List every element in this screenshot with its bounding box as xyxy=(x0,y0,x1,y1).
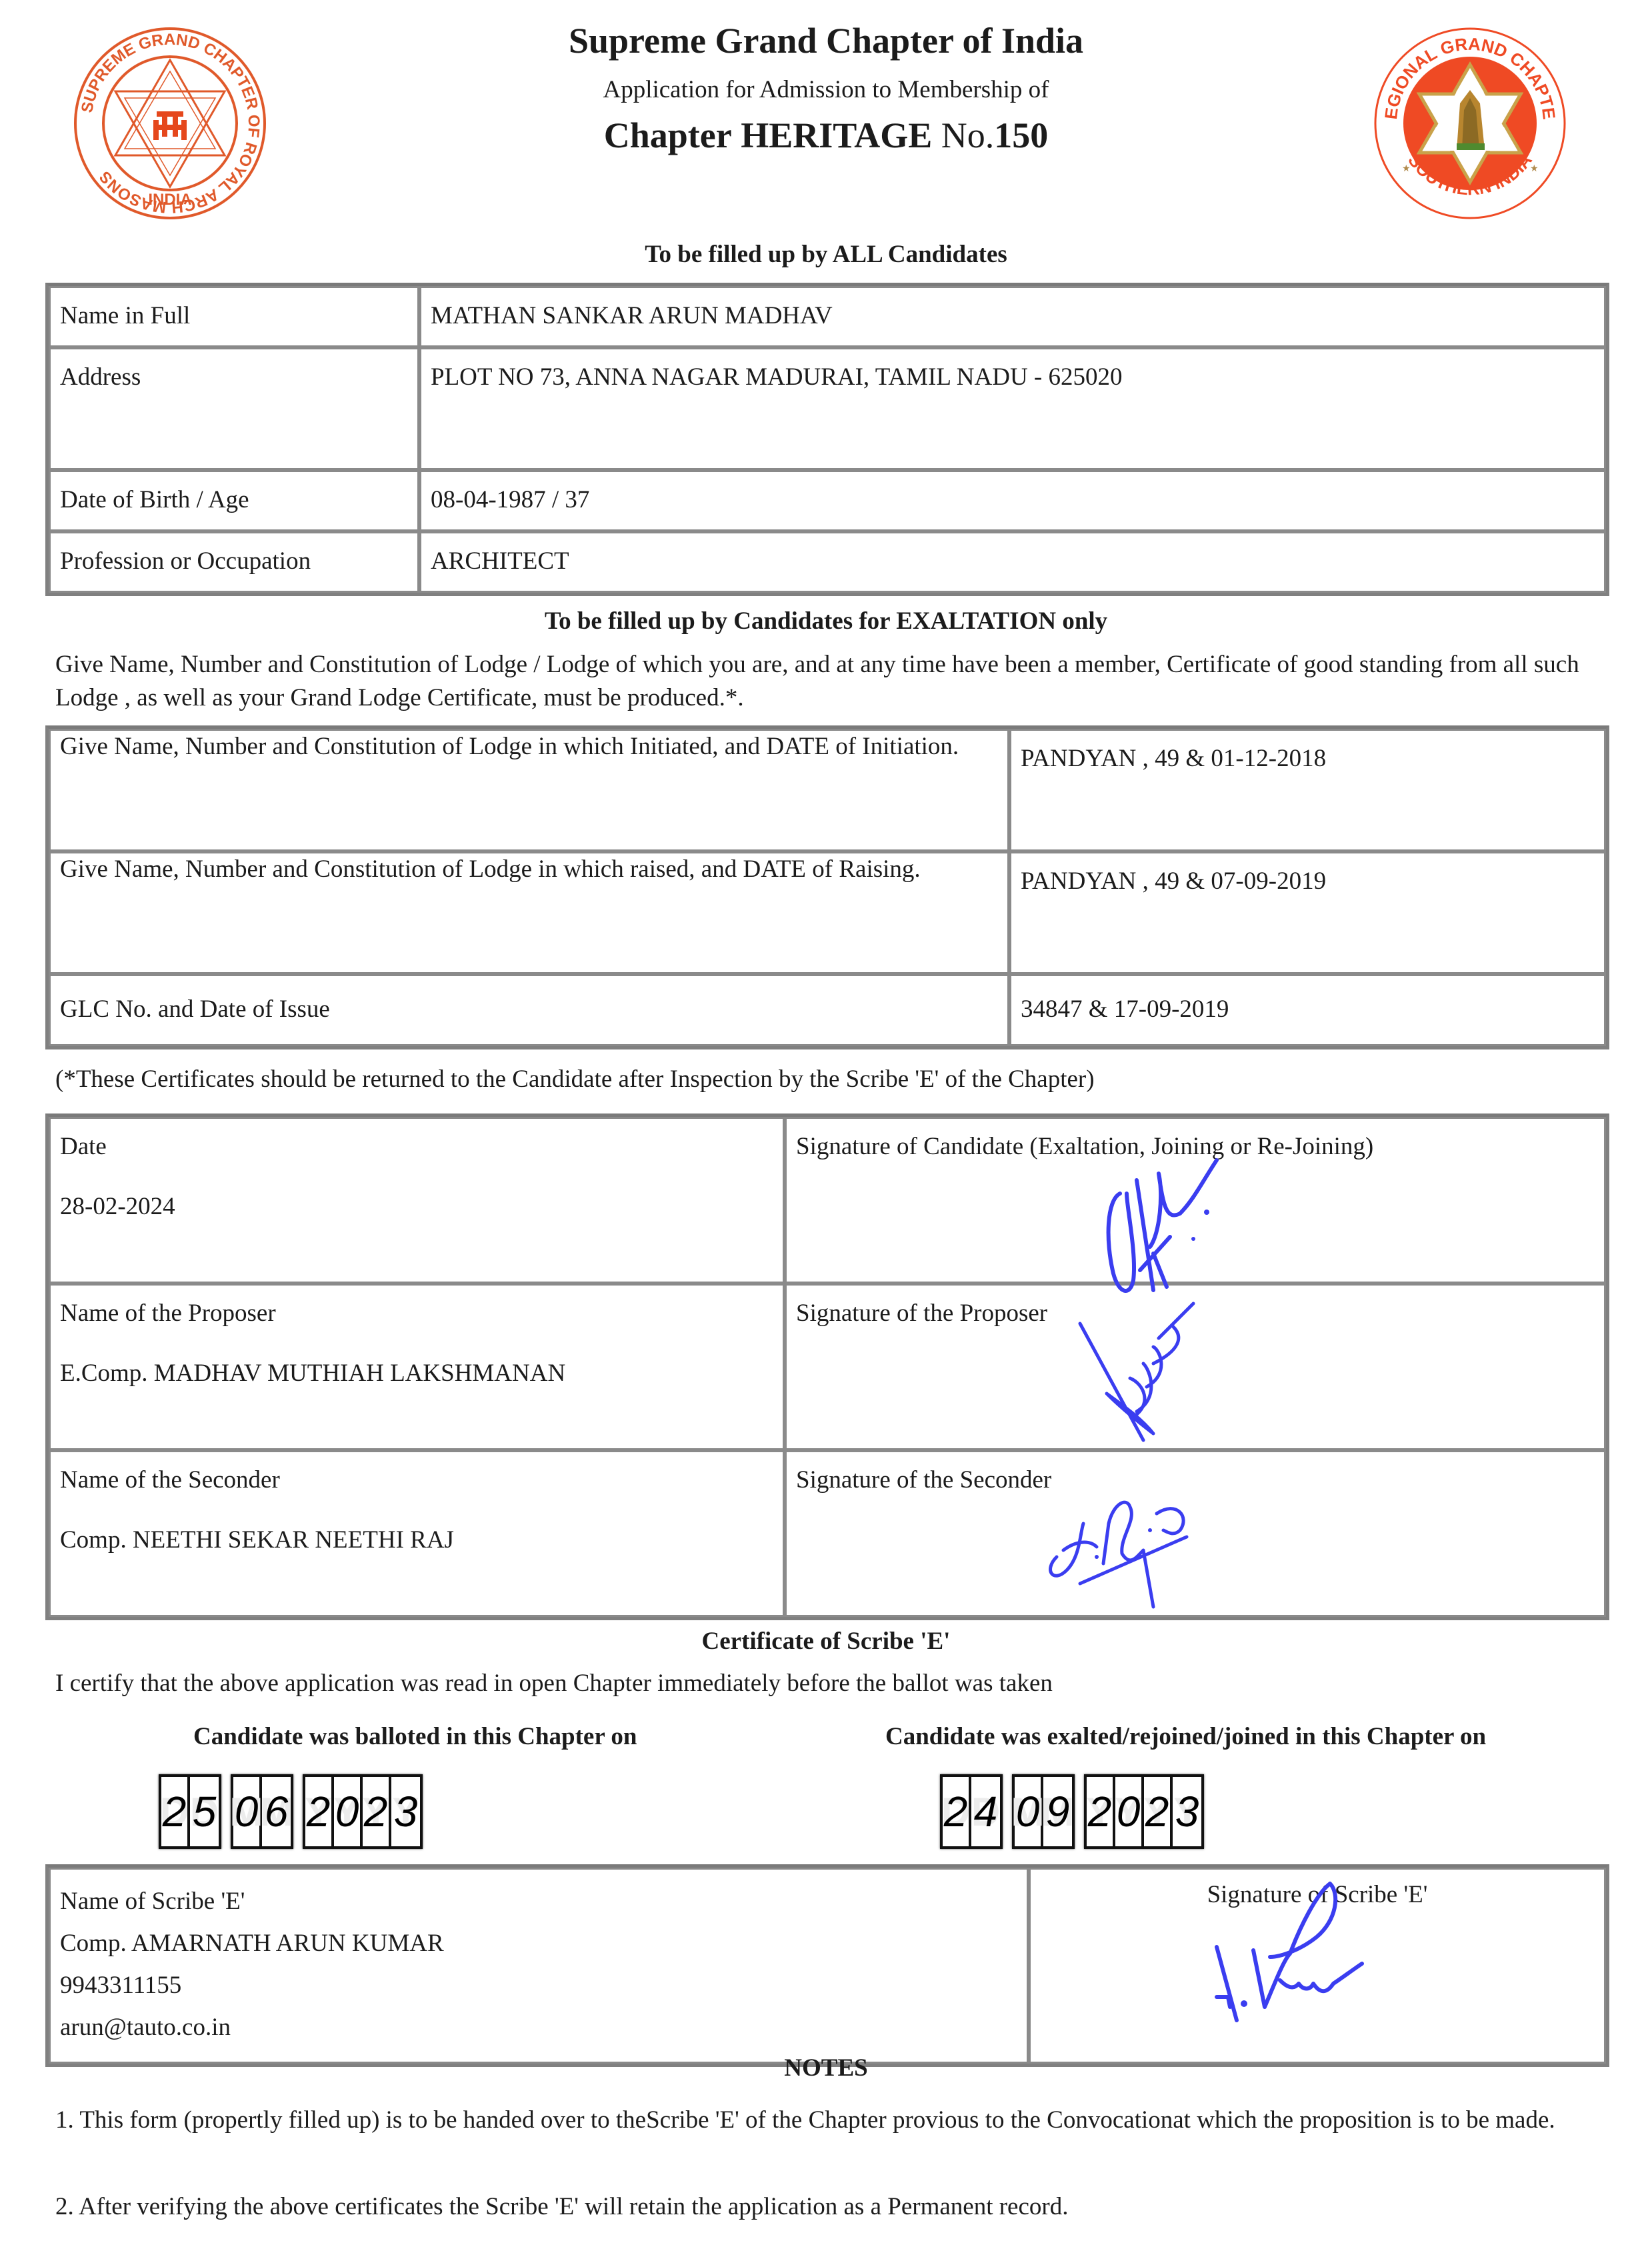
exaltation-table: Give Name, Number and Constitution of Lo… xyxy=(45,725,1609,1049)
profession-label: Profession or Occupation xyxy=(49,531,419,593)
glc-value: 34847 & 17-09-2019 xyxy=(1009,974,1606,1046)
digit-value: 3 xyxy=(1175,1787,1199,1836)
digit-value: 4 xyxy=(974,1787,998,1836)
proposer-cell: Name of the Proposer E.Comp. MADHAV MUTH… xyxy=(49,1284,785,1450)
raising-value: PANDYAN , 49 & 07-09-2019 xyxy=(1009,851,1606,974)
day-digit-box: D4 xyxy=(971,1777,1000,1846)
scribe-name: Comp. AMARNATH ARUN KUMAR xyxy=(60,1922,1017,1964)
year-digit-box: Y3 xyxy=(391,1777,420,1846)
raising-label: Give Name, Number and Constitution of Lo… xyxy=(49,851,1009,974)
digit-value: 9 xyxy=(1046,1787,1070,1836)
chapter-number: 150 xyxy=(994,115,1048,155)
section-heading-exaltation: To be filled up by Candidates for EXALTA… xyxy=(0,607,1652,635)
exalted-date-boxes: D2D4M0M9Y2Y0Y2Y3 xyxy=(940,1774,1204,1849)
day-group: D2D5 xyxy=(159,1774,221,1849)
year-digit-box: Y0 xyxy=(334,1777,363,1846)
year-digit-box: Y3 xyxy=(1173,1777,1201,1846)
month-group: M0M6 xyxy=(231,1774,293,1849)
table-row: Name of the Proposer E.Comp. MADHAV MUTH… xyxy=(49,1284,1606,1450)
balloted-label: Candidate was balloted in this Chapter o… xyxy=(193,1722,637,1751)
candidate-signature-icon xyxy=(1100,1154,1233,1300)
scribe-name-label: Name of Scribe 'E' xyxy=(60,1880,1017,1922)
year-digit-box: Y2 xyxy=(305,1777,334,1846)
name-label: Name in Full xyxy=(49,286,419,347)
scribe-phone: 9943311155 xyxy=(60,1964,1017,2006)
date-label: Date xyxy=(60,1132,773,1162)
seconder-label: Name of the Seconder xyxy=(60,1466,773,1495)
year-digit-box: Y0 xyxy=(1115,1777,1144,1846)
chapter-prefix: Chapter xyxy=(604,115,732,155)
day-digit-box: D5 xyxy=(190,1777,219,1846)
scribe-details-cell: Name of Scribe 'E' Comp. AMARNATH ARUN K… xyxy=(49,1868,1029,2064)
balloted-date-boxes: D2D5M0M6Y2Y0Y2Y3 xyxy=(159,1774,423,1849)
month-digit-box: M0 xyxy=(233,1777,262,1846)
dob-age-label: Date of Birth / Age xyxy=(49,470,419,531)
scribe-email: arun@tauto.co.in xyxy=(60,2006,1017,2048)
day-digit-box: D2 xyxy=(943,1777,971,1846)
initiation-label: Give Name, Number and Constitution of Lo… xyxy=(49,729,1009,851)
exaltation-instruction: Give Name, Number and Constitution of Lo… xyxy=(55,648,1602,715)
digit-value: 2 xyxy=(307,1787,331,1836)
chapter-no-label: No. xyxy=(941,115,995,155)
proposer-label: Name of the Proposer xyxy=(60,1299,773,1328)
svg-text:★: ★ xyxy=(1402,164,1411,174)
digit-value: 0 xyxy=(1016,1787,1040,1836)
month-digit-box: M0 xyxy=(1015,1777,1043,1846)
digit-value: 0 xyxy=(335,1787,359,1836)
section-heading-scribe-certificate: Certificate of Scribe 'E' xyxy=(0,1627,1652,1656)
profession-value: ARCHITECT xyxy=(419,531,1606,593)
table-row: Date of Birth / Age 08-04-1987 / 37 xyxy=(49,470,1606,531)
seconder-cell: Name of the Seconder Comp. NEETHI SEKAR … xyxy=(49,1450,785,1617)
proposer-signature-icon xyxy=(1073,1297,1220,1444)
regional-grand-chapter-seal-icon: REGIONAL GRAND CHAPTER SOUTHERN INDIA ★ … xyxy=(1370,23,1570,223)
digit-value: 2 xyxy=(944,1787,968,1836)
certificates-footnote: (*These Certificates should be returned … xyxy=(55,1063,1602,1096)
table-row: Profession or Occupation ARCHITECT xyxy=(49,531,1606,593)
digit-value: 6 xyxy=(265,1787,289,1836)
all-candidates-table: Name in Full MATHAN SANKAR ARUN MADHAV A… xyxy=(45,283,1609,596)
table-row: Name of the Seconder Comp. NEETHI SEKAR … xyxy=(49,1450,1606,1617)
signatures-table: Date 28-02-2024 Signature of Candidate (… xyxy=(45,1113,1609,1620)
digit-value: 2 xyxy=(364,1787,388,1836)
table-row: GLC No. and Date of Issue 34847 & 17-09-… xyxy=(49,974,1606,1046)
digit-value: 2 xyxy=(163,1787,187,1836)
year-digit-box: Y2 xyxy=(1144,1777,1173,1846)
glc-label: GLC No. and Date of Issue xyxy=(49,974,1009,1046)
year-digit-box: Y2 xyxy=(363,1777,391,1846)
note-1: 1. This form (propertly filled up) is to… xyxy=(55,2100,1602,2140)
digit-value: 0 xyxy=(1117,1787,1141,1836)
year-group: Y2Y0Y2Y3 xyxy=(1084,1774,1204,1849)
day-digit-box: D2 xyxy=(161,1777,190,1846)
note-2: 2. After verifying the above certificate… xyxy=(55,2190,1602,2224)
table-row: Name in Full MATHAN SANKAR ARUN MADHAV xyxy=(49,286,1606,347)
chapter-name: HERITAGE xyxy=(741,115,932,155)
section-heading-all-candidates: To be filled up by ALL Candidates xyxy=(0,240,1652,269)
svg-text:★: ★ xyxy=(1530,164,1539,174)
scribe-signature-icon xyxy=(1200,1874,1387,2034)
month-digit-box: M9 xyxy=(1043,1777,1072,1846)
dob-age-value: 08-04-1987 / 37 xyxy=(419,470,1606,531)
exalted-label: Candidate was exalted/rejoined/joined in… xyxy=(885,1722,1486,1751)
notes-heading: NOTES xyxy=(0,2054,1652,2082)
digit-value: 2 xyxy=(1145,1787,1169,1836)
date-value: 28-02-2024 xyxy=(60,1192,773,1222)
year-digit-box: Y2 xyxy=(1087,1777,1115,1846)
table-row: Address PLOT NO 73, ANNA NAGAR MADURAI, … xyxy=(49,347,1606,470)
seconder-signature-icon xyxy=(1043,1484,1217,1617)
table-row: Give Name, Number and Constitution of Lo… xyxy=(49,729,1606,851)
table-row: Give Name, Number and Constitution of Lo… xyxy=(49,851,1606,974)
seconder-name: Comp. NEETHI SEKAR NEETHI RAJ xyxy=(60,1526,773,1555)
digit-value: 3 xyxy=(394,1787,418,1836)
svg-text:INDIA: INDIA xyxy=(148,191,191,209)
address-label: Address xyxy=(49,347,419,470)
year-group: Y2Y0Y2Y3 xyxy=(303,1774,423,1849)
month-group: M0M9 xyxy=(1012,1774,1075,1849)
initiation-value: PANDYAN , 49 & 01-12-2018 xyxy=(1009,729,1606,851)
month-digit-box: M6 xyxy=(262,1777,291,1846)
table-row: Date 28-02-2024 Signature of Candidate (… xyxy=(49,1117,1606,1284)
name-value: MATHAN SANKAR ARUN MADHAV xyxy=(419,286,1606,347)
scribe-statement: I certify that the above application was… xyxy=(55,1667,1602,1700)
digit-value: 2 xyxy=(1088,1787,1112,1836)
date-cell: Date 28-02-2024 xyxy=(49,1117,785,1284)
day-group: D2D4 xyxy=(940,1774,1003,1849)
digit-value: 0 xyxy=(235,1787,259,1836)
proposer-name: E.Comp. MADHAV MUTHIAH LAKSHMANAN xyxy=(60,1359,773,1388)
address-value: PLOT NO 73, ANNA NAGAR MADURAI, TAMIL NA… xyxy=(419,347,1606,470)
digit-value: 5 xyxy=(193,1787,217,1836)
